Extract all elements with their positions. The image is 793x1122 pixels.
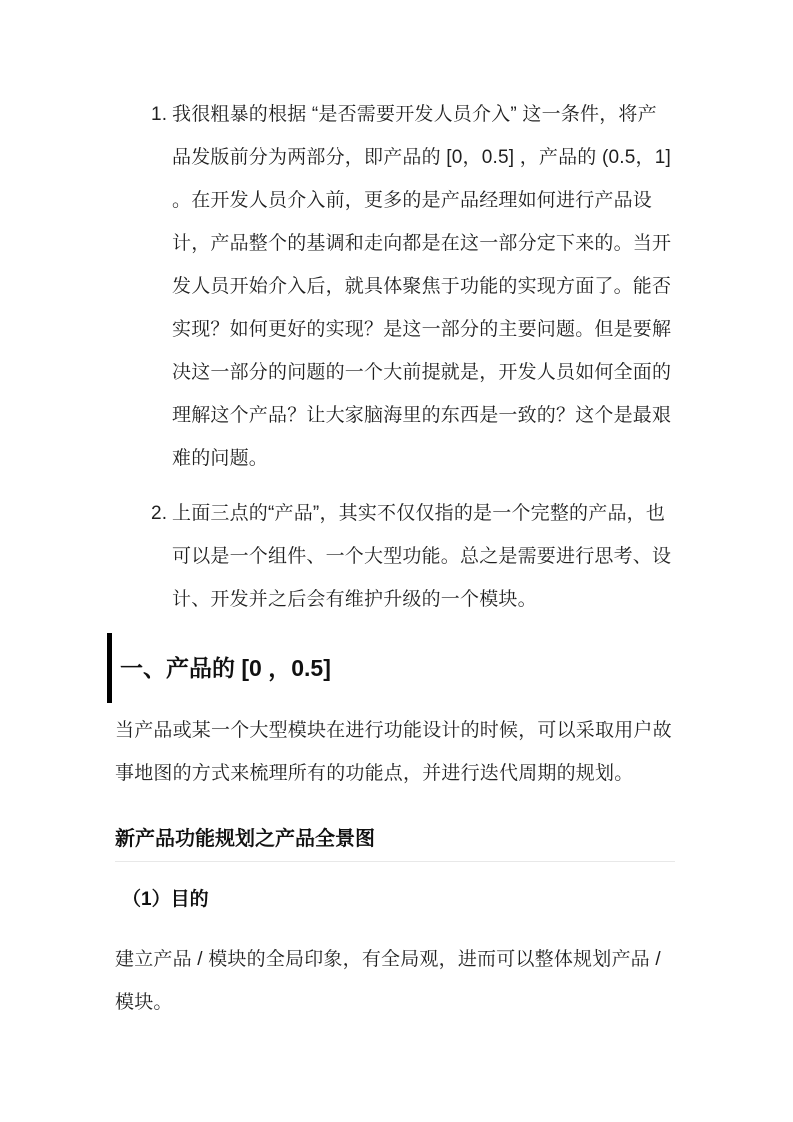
numbered-list: 1. 我很粗暴的根据 “是否需要开发人员介入” 这一条件，将产品发版前分为两部分… — [115, 93, 675, 621]
list-item: 2. 上面三点的“产品”，其实不仅仅指的是一个完整的产品，也可以是一个组件、一个… — [115, 492, 675, 621]
purpose-paragraph: 建立产品 / 模块的全局印象，有全局观，进而可以整体规划产品 / 模块。 — [115, 938, 675, 1024]
subsection-heading: 新产品功能规划之产品全景图 — [115, 825, 675, 853]
purpose-heading: （1）目的 — [122, 886, 675, 914]
list-item: 1. 我很粗暴的根据 “是否需要开发人员介入” 这一条件，将产品发版前分为两部分… — [115, 93, 675, 480]
list-item-text: 我很粗暴的根据 “是否需要开发人员介入” 这一条件，将产品发版前分为两部分，即产… — [172, 104, 671, 469]
section-heading: 一、产品的 [0 ，0.5] — [107, 633, 675, 703]
intro-paragraph: 当产品或某一个大型模块在进行功能设计的时候，可以采取用户故事地图的方式来梳理所有… — [115, 709, 675, 795]
heading-accent-bar — [107, 633, 112, 703]
list-item-marker: 1. — [151, 93, 167, 136]
list-item-marker: 2. — [151, 492, 167, 535]
document-page: 1. 我很粗暴的根据 “是否需要开发人员介入” 这一条件，将产品发版前分为两部分… — [0, 0, 793, 1122]
section-heading-text: 一、产品的 [0 ，0.5] — [120, 655, 331, 681]
list-item-text: 上面三点的“产品”，其实不仅仅指的是一个完整的产品，也可以是一个组件、一个大型功… — [172, 503, 671, 610]
section-divider — [115, 861, 675, 862]
